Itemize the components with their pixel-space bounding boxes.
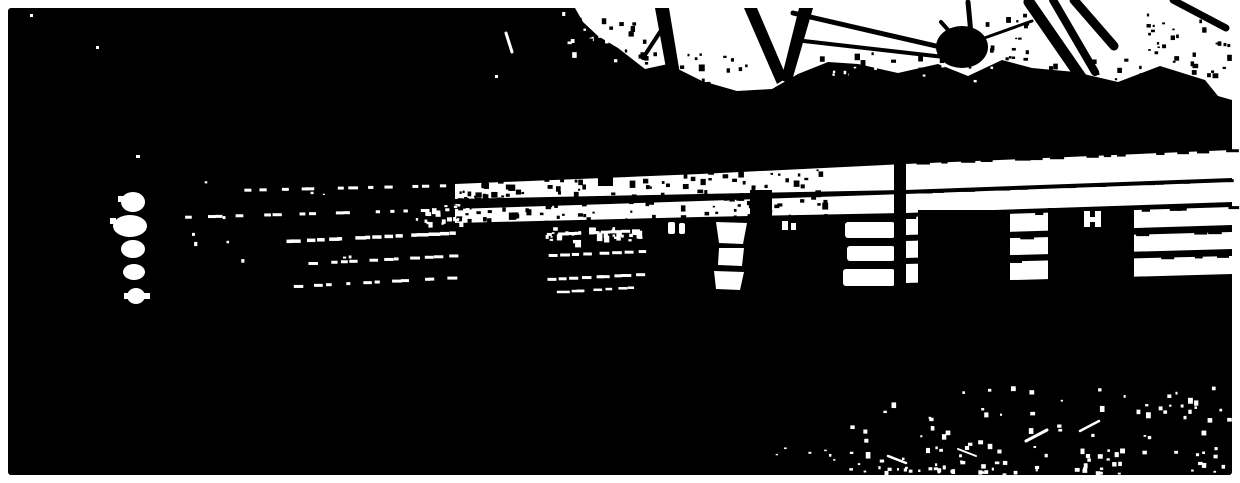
window-opening-1: [918, 210, 1010, 298]
course-end-blob: [123, 264, 145, 280]
tree-stem: [968, 2, 971, 34]
course-end-blob-arm: [118, 196, 126, 202]
course-end-blob-arm: [110, 218, 116, 224]
stray-highlight: [96, 46, 99, 49]
binarized-photo: [0, 0, 1240, 483]
stray-highlight: [495, 75, 498, 78]
wall-highlight-dot: [782, 221, 788, 230]
shadow-streak: [598, 176, 613, 186]
wall-highlight-blob: [716, 222, 747, 244]
stray-highlight: [136, 155, 140, 158]
bright-siding-segment: [843, 269, 895, 286]
wall-highlight-dot: [668, 222, 675, 234]
bright-siding-segment: [847, 246, 895, 261]
course-end-blob: [121, 240, 145, 258]
course-end-blob: [113, 215, 147, 237]
wall-highlight-blob: [714, 271, 744, 290]
shadow-streak: [750, 190, 772, 222]
bright-siding-segment: [845, 222, 895, 238]
wall-highlight-dot: [679, 223, 685, 234]
wall-highlight-dot: [791, 223, 796, 230]
corner-board: [894, 156, 906, 288]
course-end-blob-arm: [124, 293, 150, 299]
wall-highlight-blob: [718, 248, 744, 266]
photo-svg: [0, 0, 1240, 483]
stray-highlight: [30, 14, 33, 17]
edge-tick: [1227, 233, 1232, 238]
